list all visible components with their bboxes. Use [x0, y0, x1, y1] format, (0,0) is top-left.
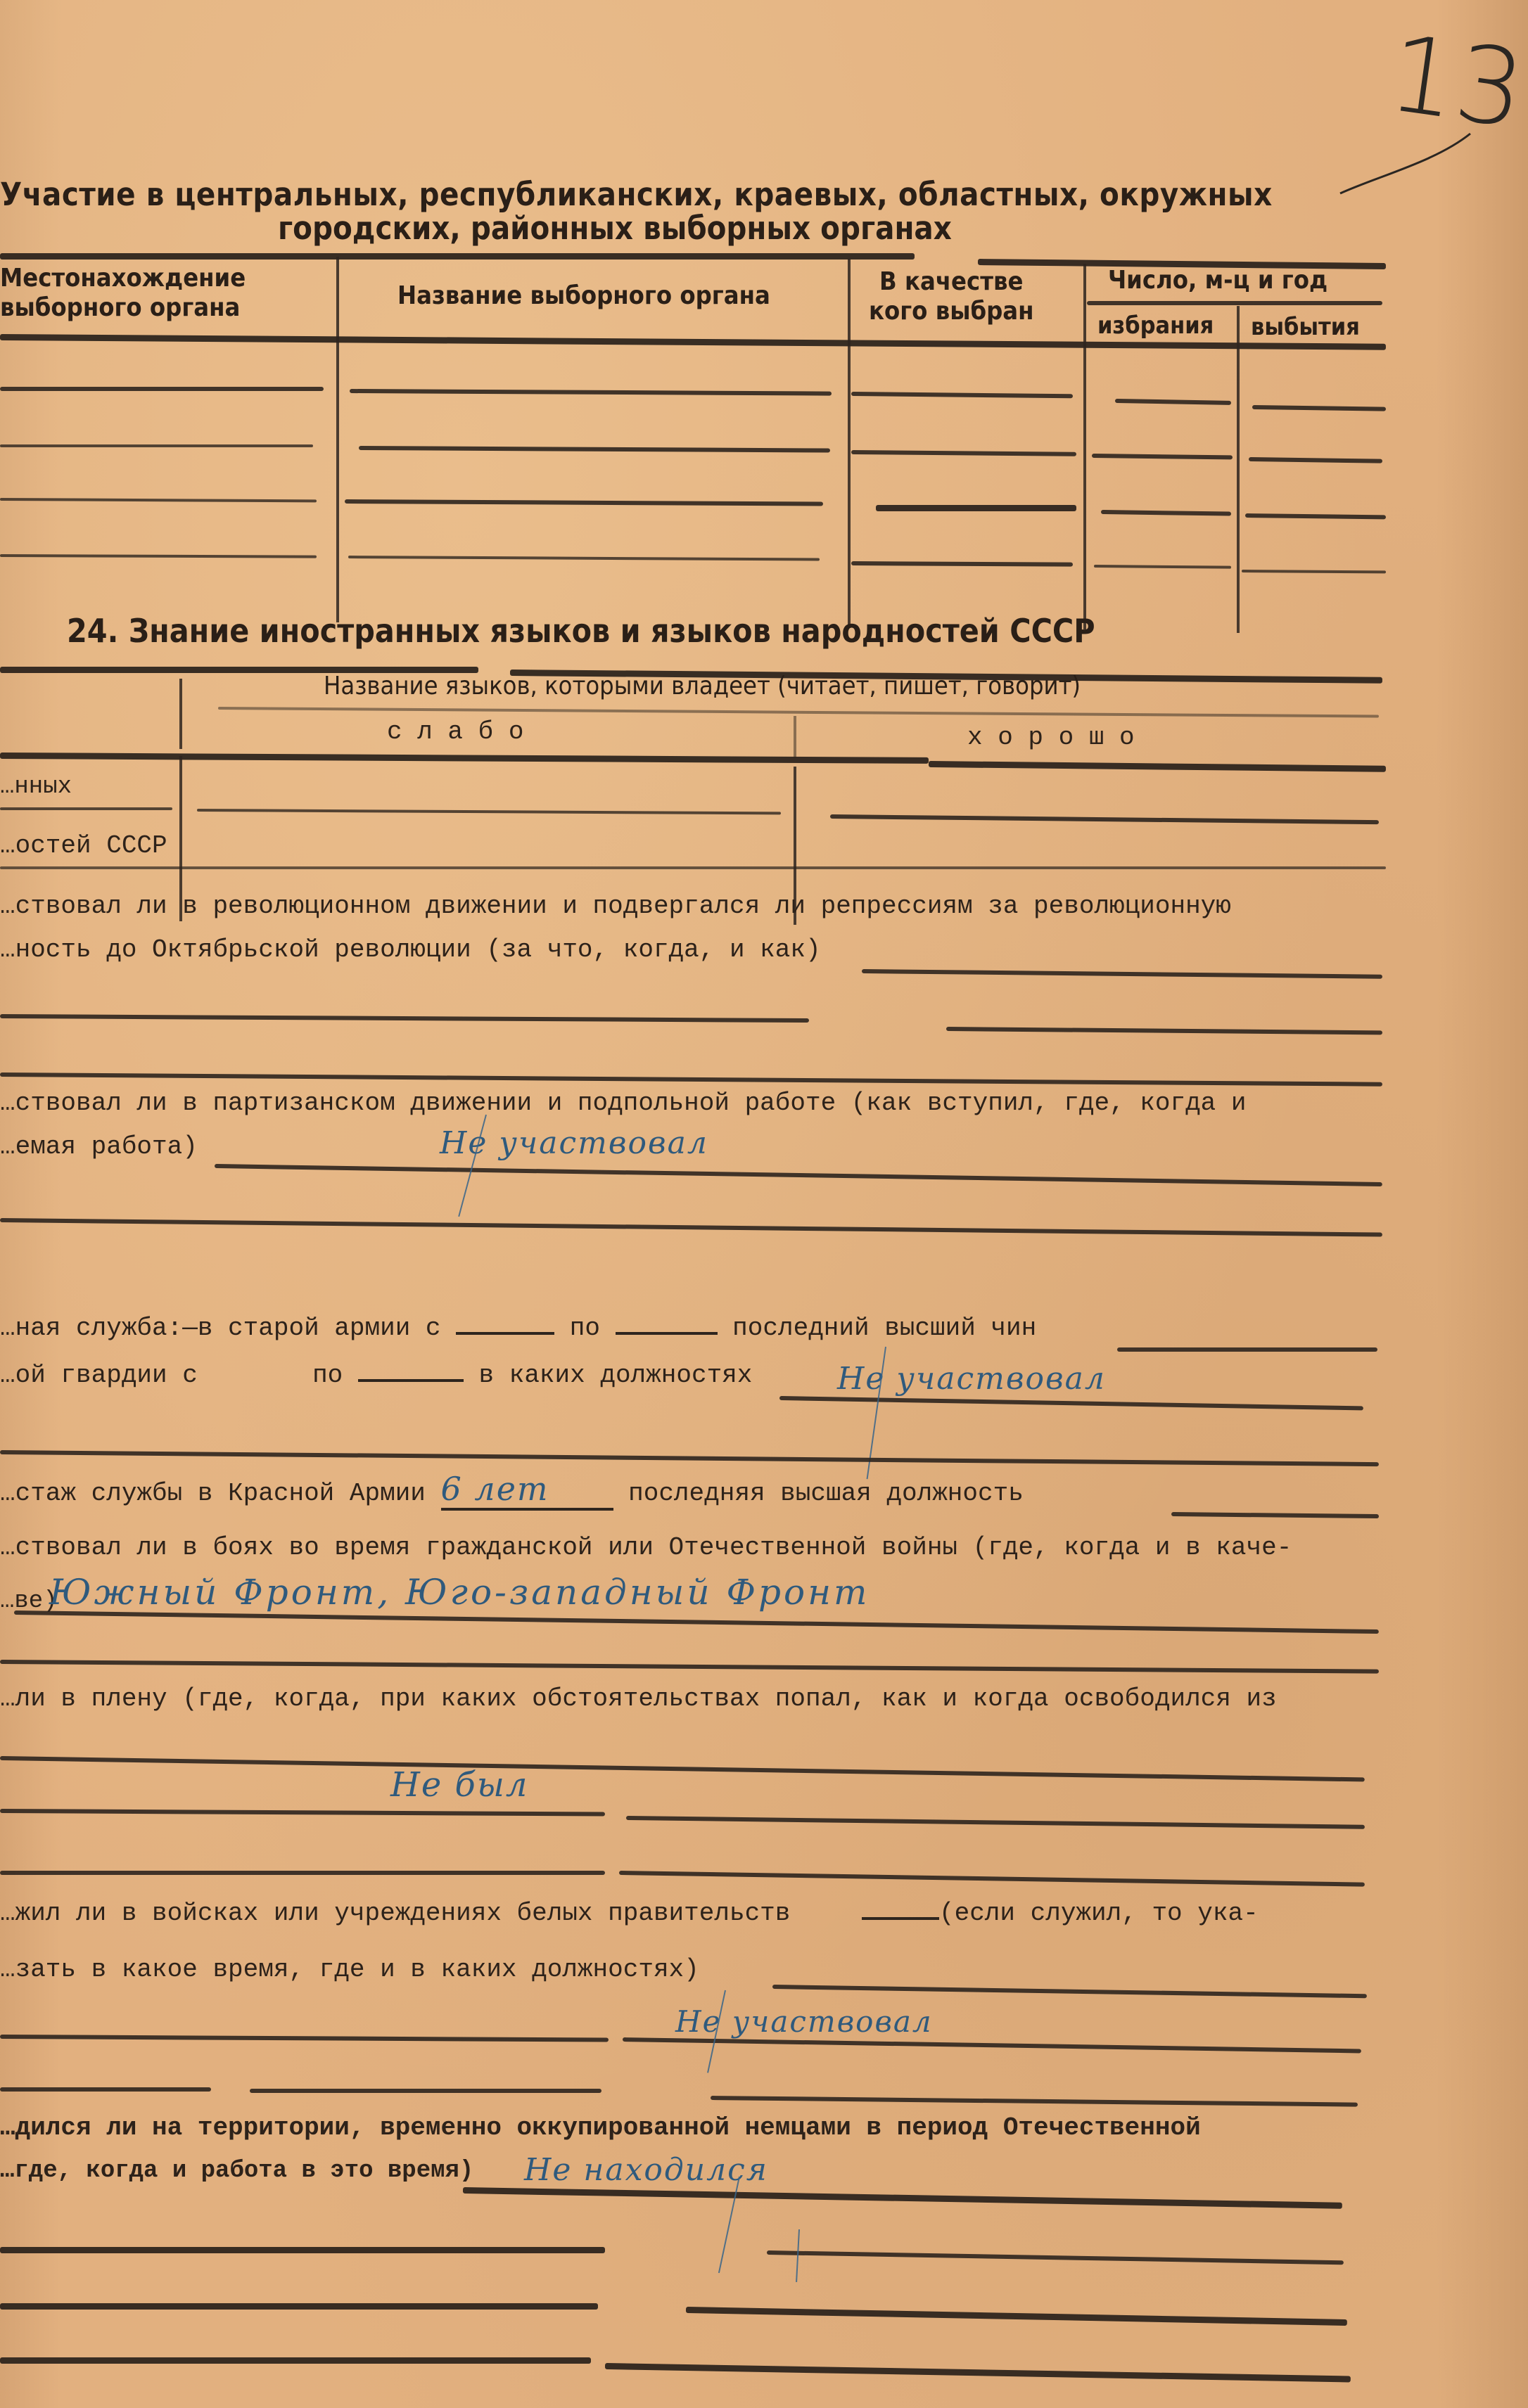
table-row	[0, 394, 1386, 443]
table-row	[0, 338, 1386, 387]
q-military-line2-suffix: в каких должностях	[479, 1361, 753, 1390]
q-red-army-suffix: последняя высшая должность	[628, 1479, 1024, 1508]
col-date-elected-header: избрания	[1097, 312, 1214, 340]
q-white-army-line1: …жил ли в войсках или учреждениях белых …	[0, 1899, 1259, 1928]
row-ussr-label: …остей СССР	[0, 831, 167, 860]
q-white-army-prefix: …жил ли в войсках или учреждениях белых …	[0, 1899, 790, 1928]
q-white-army-line2: …зать в какое время, где и в каких должн…	[0, 1955, 699, 1984]
q-military-line2: …ой гвардии с по в каких должностях	[0, 1361, 752, 1390]
col-role-line2: кого выбран	[869, 297, 1034, 326]
old-army-from-field	[456, 1332, 554, 1335]
languages-header: Название языков, которыми владеет (читае…	[324, 672, 1081, 700]
col-name-header: Название выборного органа	[397, 281, 770, 310]
q-military-answer: Не участвовал	[837, 1361, 1106, 1397]
col-location-header: Местонахождение выборного органа	[0, 264, 246, 323]
q-partisan-line1: …ствовал ли в партизанском движении и по…	[0, 1089, 1247, 1117]
col-date-left-header: выбытия	[1251, 313, 1360, 341]
red-army-years-answer: 6 лет	[441, 1470, 613, 1511]
col-role-header: В качестве кого выбран	[869, 267, 1034, 326]
col-good-header: х о р о ш о	[967, 723, 1135, 752]
row-foreign-label: …нных	[0, 774, 72, 800]
col-location-line1: Местонахождение	[0, 264, 246, 293]
q-battles-answer: Южный Фронт, Юго-западный Фронт	[49, 1572, 870, 1613]
q-military-line2-mid: по	[312, 1361, 343, 1390]
q-partisan-line2: …емая работа)	[0, 1132, 198, 1161]
page-number-flourish-icon	[1337, 120, 1505, 197]
white-army-served-field	[862, 1917, 939, 1920]
q-red-army-line: …стаж службы в Красной Армии 6 лет после…	[0, 1470, 1024, 1511]
q-military-line1-mid: по	[570, 1314, 600, 1343]
q-red-army-prefix: …стаж службы в Красной Армии	[0, 1479, 426, 1508]
section-23-title-line1: Участие в центральных, республиканских, …	[0, 176, 1273, 213]
q-captivity-line1: …ли в плену (где, когда, при каких обсто…	[0, 1684, 1277, 1713]
table-row	[0, 503, 1386, 552]
q-revolution-line1: …ствовал ли в революционном движении и п…	[0, 892, 1231, 921]
q-occupation-answer: Не находился	[524, 2152, 768, 2188]
col-date-group-header: Число, м-ц и год	[1108, 266, 1328, 295]
q-battles-line1: …ствовал ли в боях во время гражданской …	[0, 1533, 1292, 1562]
q-occupation-line1: …дился ли на территории, временно оккупи…	[0, 2113, 1201, 2142]
old-army-to-field	[616, 1332, 718, 1335]
q-partisan-answer: Не участвовал	[440, 1125, 708, 1161]
q-military-line2-prefix: …ой гвардии с	[0, 1361, 198, 1390]
q-military-line1-prefix: …ная служба:—в старой армии с	[0, 1314, 441, 1343]
table-row	[0, 450, 1386, 499]
q-white-army-suffix: (если служил, то ука-	[939, 1899, 1259, 1928]
q-revolution-line2: …ность до Октябрьской революции (за что,…	[0, 935, 821, 964]
guard-to-field	[358, 1379, 464, 1382]
col-location-line2: выборного органа	[0, 293, 246, 323]
q-military-line1-suffix: последний высший чин	[732, 1314, 1036, 1343]
section-24-title: 24. Знание иностранных языков и языков н…	[67, 612, 1095, 650]
q-military-line1: …ная служба:—в старой армии с по последн…	[0, 1314, 1036, 1343]
col-role-line1: В качестве	[869, 267, 1034, 297]
q-captivity-answer: Не был	[390, 1765, 528, 1805]
q-occupation-line2: …где, когда и работа в это время)	[0, 2158, 473, 2184]
col-weak-header: с л а б о	[387, 717, 523, 746]
section-23-title-line2: городских, районных выборных органах	[278, 210, 952, 247]
q-white-army-answer: Не участвовал	[675, 2004, 933, 2039]
